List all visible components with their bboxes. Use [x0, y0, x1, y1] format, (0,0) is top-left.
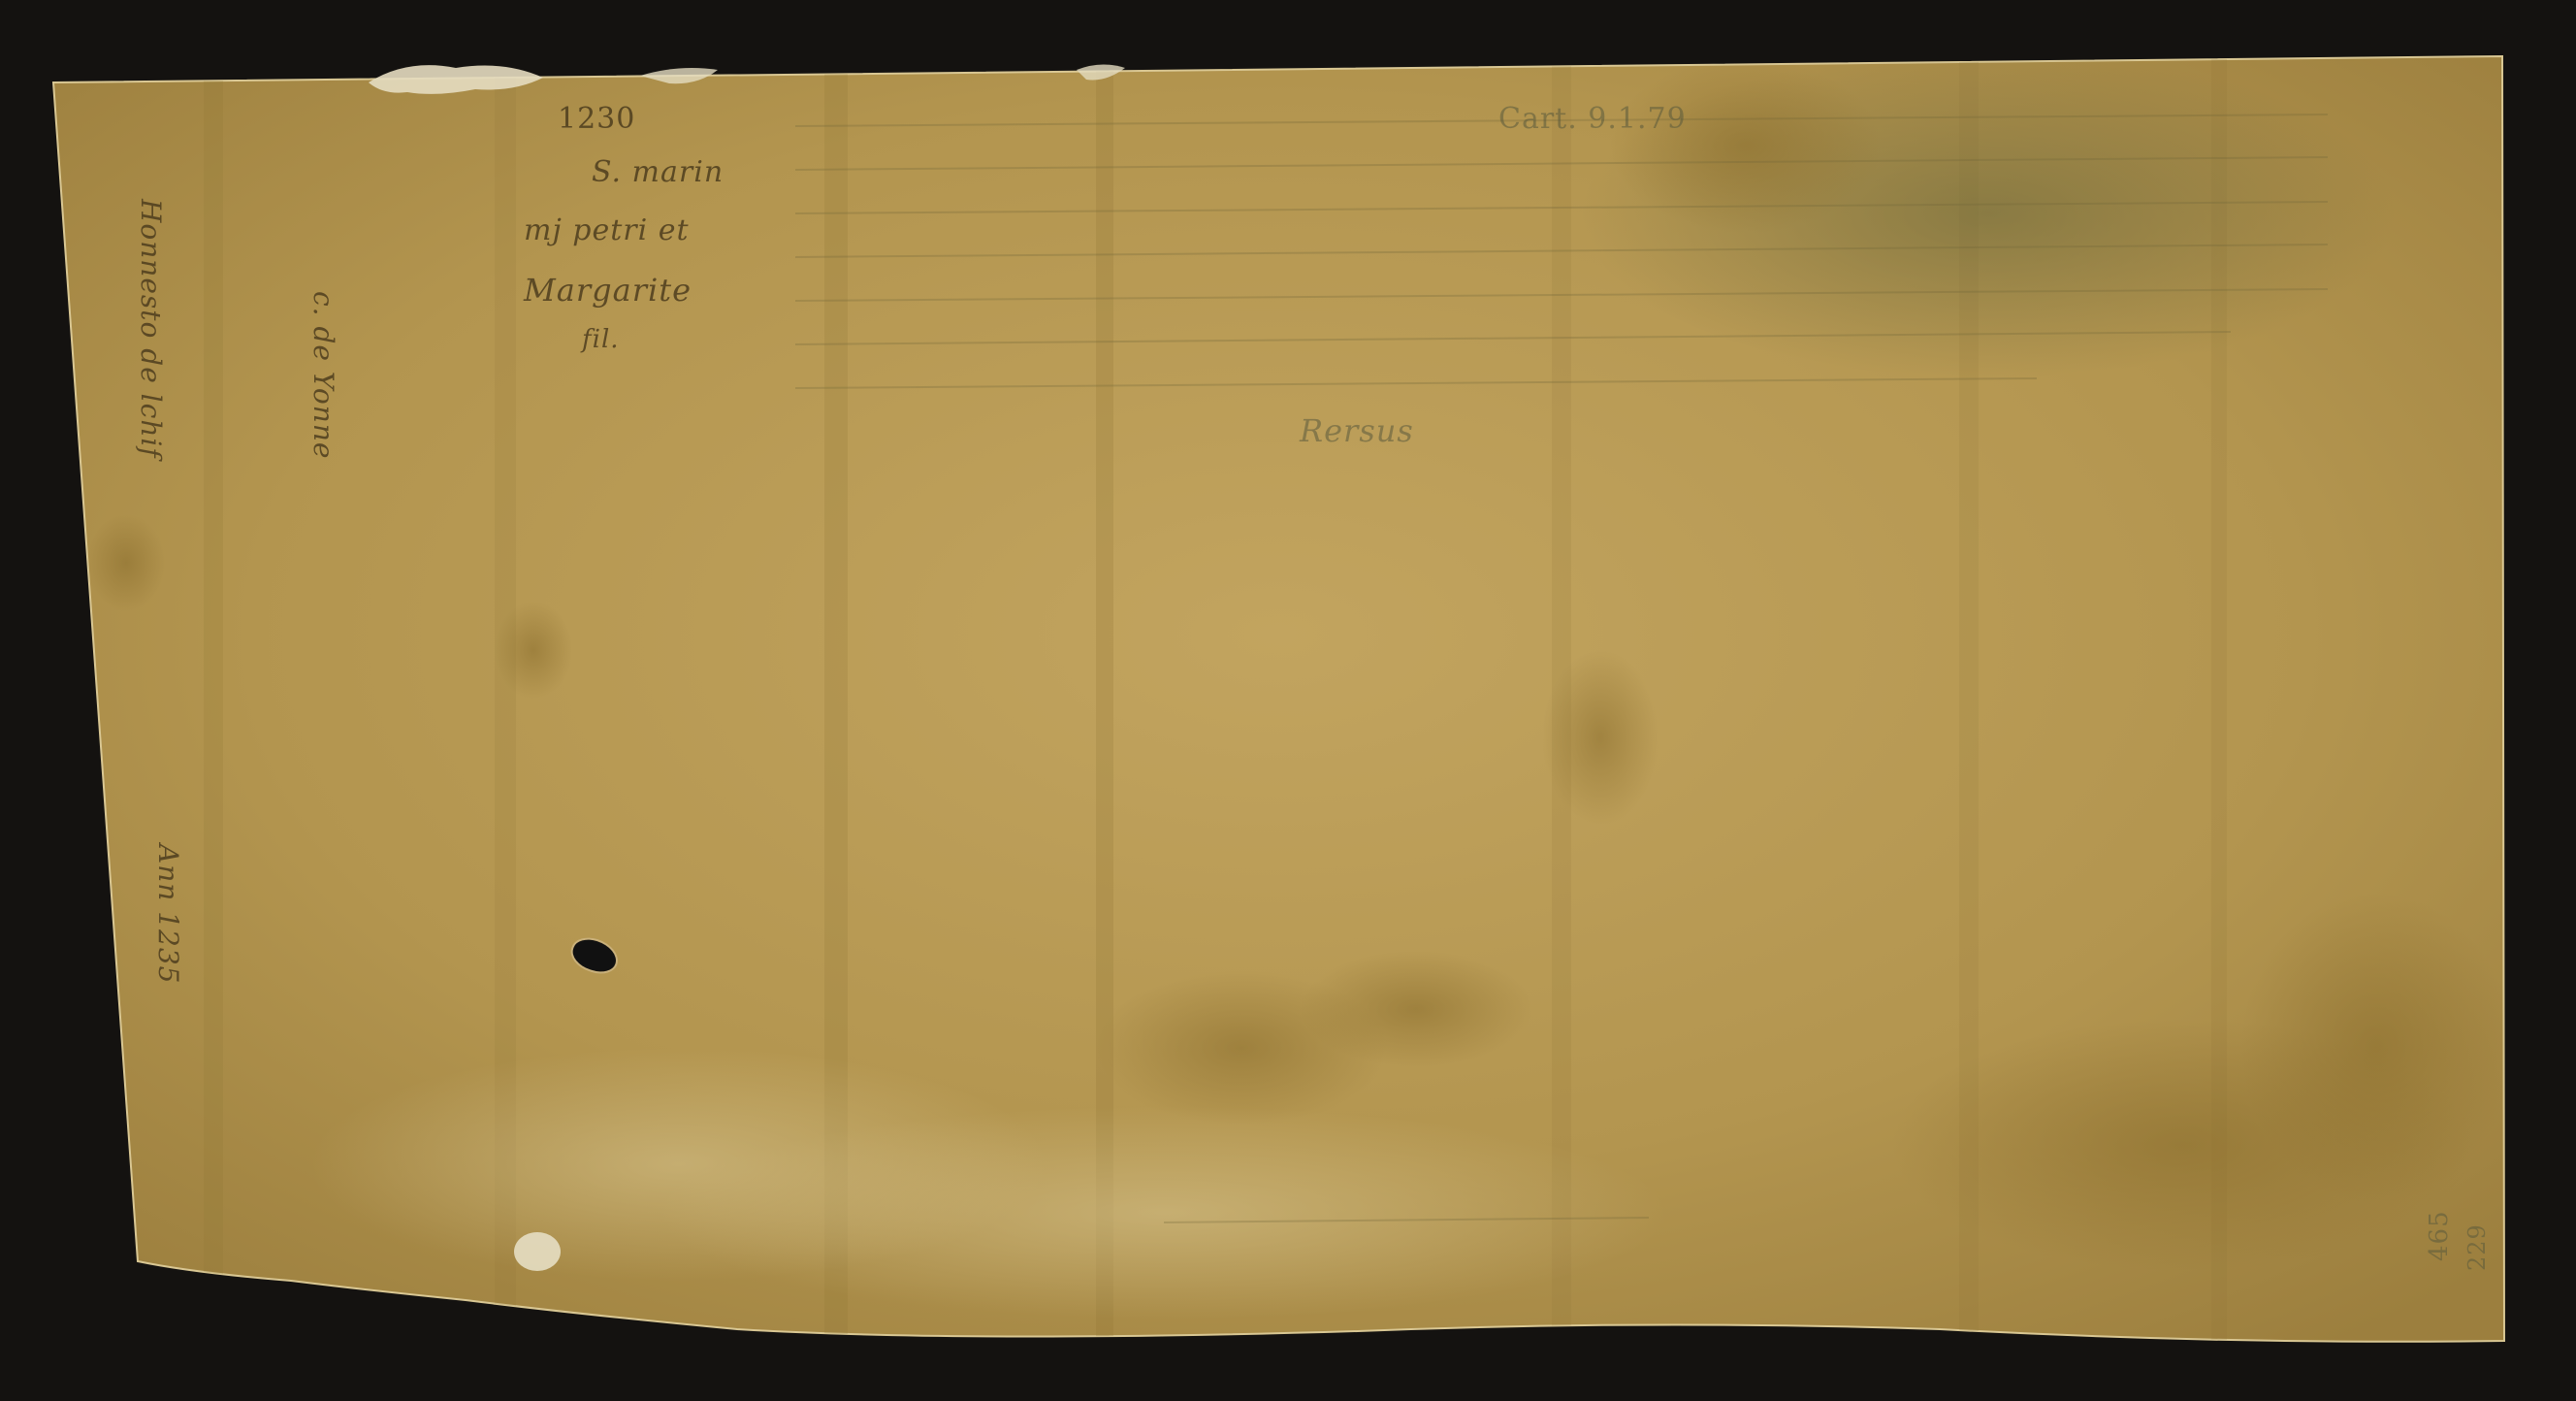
- vertical-annotation-year: Ann 1235: [152, 844, 184, 984]
- archival-note-line-1: S. marin: [592, 155, 724, 189]
- scan-stage: 1230 S. marin mj petri et Margarite fil.…: [0, 0, 2576, 1401]
- catalog-mark: Cart. 9.1.79: [1498, 102, 1687, 136]
- archival-note-line-4: fil.: [582, 325, 620, 354]
- endorsement-faint: Rersus: [1300, 412, 1414, 449]
- parchment-scuff: [514, 1232, 561, 1271]
- archival-note-line-2: mj petri et: [524, 213, 690, 247]
- year-annotation: 1230: [558, 102, 635, 136]
- vertical-annotation-left: Honnesto de lchif: [135, 199, 167, 459]
- parchment-sheet: [0, 0, 2576, 1401]
- archival-note-line-3: Margarite: [524, 272, 692, 309]
- folio-number: 465: [2425, 1210, 2454, 1261]
- folio-number-2: 229: [2463, 1223, 2491, 1271]
- vertical-annotation-yonne: c. de Yonne: [307, 291, 339, 459]
